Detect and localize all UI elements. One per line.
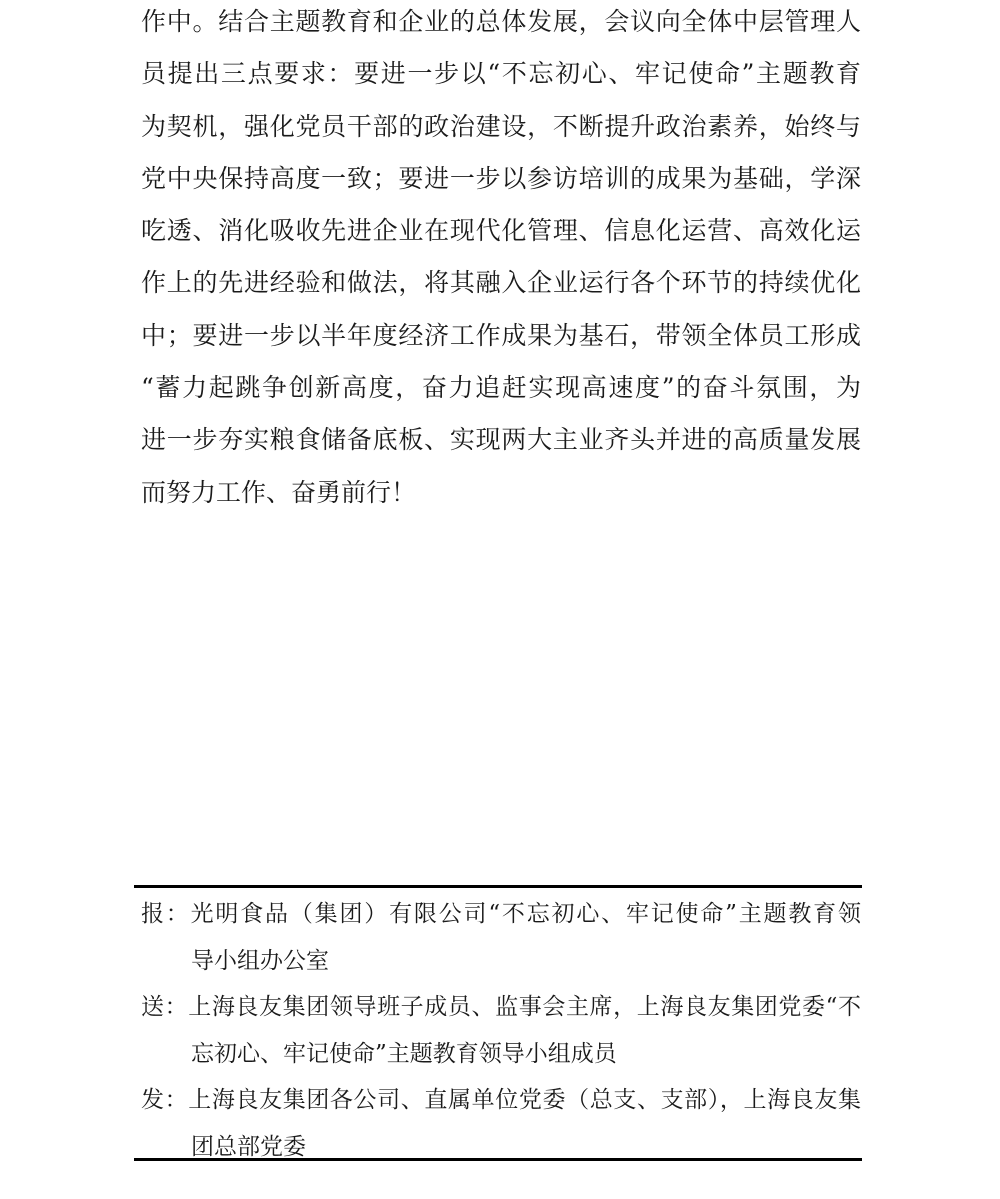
- body-text-line: 为契机，强化党员干部的政治建设，不断提升政治素养，始终与: [141, 101, 861, 153]
- body-text-line: 中；要进一步以半年度经济工作成果为基石，带领全体员工形成: [141, 310, 861, 362]
- body-text-line: “蓄力起跳争创新高度，奋力追赶实现高速度”的奋斗氛围，为: [141, 362, 861, 414]
- body-text-line: 党中央保持高度一致；要进一步以参访培训的成果为基础，学深: [141, 153, 861, 205]
- body-text-line: 进一步夯实粮食储备底板、实现两大主业齐头并进的高质量发展: [141, 414, 861, 466]
- footer-report-line-1: 报：光明食品（集团）有限公司“不忘初心、牢记使命”主题教育领: [141, 891, 861, 938]
- footer-issue-line-1: 发：上海良友集团各公司、直属单位党委（总支、支部），上海良友集: [141, 1077, 861, 1124]
- body-paragraph: 作中。结合主题教育和企业的总体发展，会议向全体中层管理人 员提出三点要求：要进一…: [141, 0, 861, 519]
- footer-issue-line-2: 团总部党委: [141, 1124, 861, 1171]
- body-text-line: 作中。结合主题教育和企业的总体发展，会议向全体中层管理人: [141, 0, 861, 48]
- body-text-line: 作上的先进经验和做法，将其融入企业运行各个环节的持续优化: [141, 257, 861, 309]
- footer-send-line-2: 忘初心、牢记使命”主题教育领导小组成员: [141, 1031, 861, 1078]
- body-text-line: 吃透、消化吸收先进企业在现代化管理、信息化运营、高效化运: [141, 205, 861, 257]
- footer-send-line-1: 送：上海良友集团领导班子成员、监事会主席，上海良友集团党委“不: [141, 984, 861, 1031]
- footer-report-line-2: 导小组办公室: [141, 938, 861, 985]
- footer-bottom-rule: [134, 1158, 862, 1161]
- document-page: 作中。结合主题教育和企业的总体发展，会议向全体中层管理人 员提出三点要求：要进一…: [0, 0, 1000, 1199]
- body-text-last-line: 而努力工作、奋勇前行！: [141, 467, 861, 519]
- footer-top-rule: [134, 885, 862, 888]
- body-text-line: 员提出三点要求：要进一步以“不忘初心、牢记使命”主题教育: [141, 48, 861, 100]
- distribution-footer: 报：光明食品（集团）有限公司“不忘初心、牢记使命”主题教育领 导小组办公室 送：…: [141, 891, 861, 1171]
